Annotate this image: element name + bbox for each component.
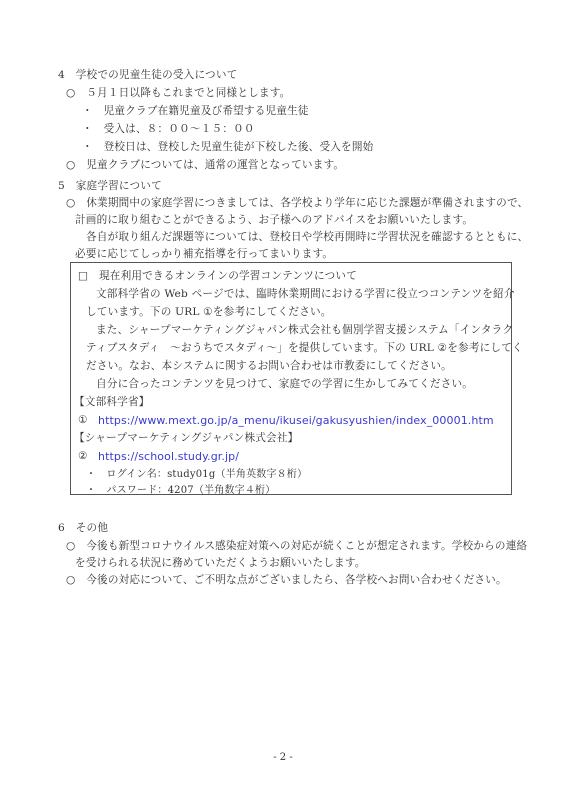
paragraph-line: 各自が取り組んだ課題等については、登校日や学校再開時に学習状況を確認するとともに… [86, 231, 528, 244]
page-number: - 2 - [0, 752, 566, 763]
section-heading: 4 学校での児童生徒の受入について [58, 69, 237, 82]
paragraph-line: 文部科学省の Web ページでは、臨時休業期間における学習に役立つコンテンツを紹… [96, 288, 515, 301]
paragraph-line: 自分に合ったコンテンツを見つけて、家庭での学習に生かしてみてください。 [96, 378, 473, 391]
sub-list-item: ・ 児童クラブ在籍児童及び希望する児童生徒 [82, 105, 309, 118]
paragraph-line: また、シャープマーケティングジャパン株式会社も個別学習支援システム「インタラク [96, 324, 513, 337]
paragraph-line: を受けられる状況に務めていただくようお願いいたします。 [75, 557, 366, 570]
password-info: ・ パスワード：4207（半角数字４桁） [86, 484, 275, 497]
sub-list-item: ・ 受入は、８：００～１５：００ [82, 123, 255, 136]
section-heading: 6 その他 [58, 522, 108, 535]
url-marker: ① [78, 414, 88, 427]
login-info: ・ ログイン名：study01g（半角英数字８桁） [86, 468, 307, 481]
paragraph-line: ○ 休業期間中の家庭学習につきましては、各学校より学年に応じた課題が準備されます… [66, 197, 528, 210]
list-item: ○ 今後の対応について、ご不明な点がございましたら、各学校へお問い合わせください… [66, 574, 507, 587]
org-label: 【シャープマーケティングジャパン株式会社】 [74, 432, 298, 445]
paragraph-line: ださい。なお、本システムに関するお問い合わせは市教委にしてください。 [86, 360, 452, 373]
study-link[interactable]: https://school.study.gr.jp/ [98, 450, 239, 463]
section-heading: 5 家庭学習について [58, 180, 162, 193]
url-marker: ② [78, 450, 88, 463]
list-item: ○ 児童クラブについては、通常の運営となっています。 [66, 159, 344, 172]
paragraph-line: 計画的に取り組むことができるよう、お子様へのアドバイスをお願いいたします。 [75, 214, 473, 227]
sub-list-item: ・ 登校日は、登校した児童生徒が下校した後、受入を開始 [82, 141, 373, 154]
box-title: □ 現在利用できるオンラインの学習コンテンツについて [78, 270, 357, 283]
list-item: ○ 今後も新型コロナウイルス感染症対策への対応が続くことが想定されます。学校から… [66, 540, 527, 553]
paragraph-line: しています。下の URL ①を参考にしてください。 [86, 306, 332, 319]
mext-link[interactable]: https://www.mext.go.jp/a_menu/ikusei/gak… [98, 414, 494, 427]
paragraph-line: 必要に応じてしっかり補充指導を行ってまいります。 [75, 248, 333, 261]
paragraph-line: ティブスタディ ～おうちでスタディ～」を提供しています。下の URL ②を参考に… [86, 342, 523, 355]
list-item: ○ ５月１日以降もこれまでと同様とします。 [66, 87, 290, 100]
org-label: 【文部科学省】 [74, 396, 150, 409]
